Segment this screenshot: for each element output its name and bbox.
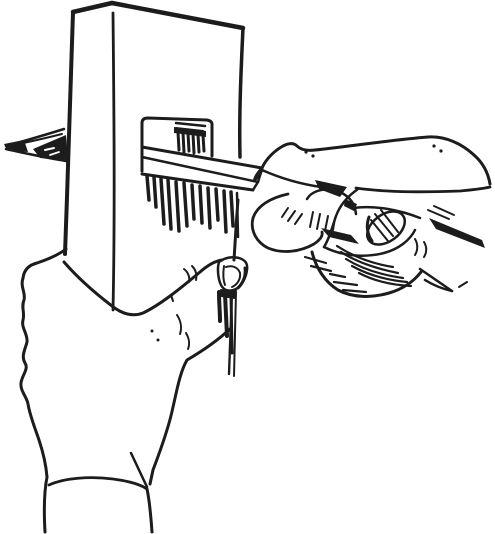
hatch-line [198, 134, 199, 152]
hatch-line [224, 191, 226, 232]
hatch-line [225, 294, 227, 336]
hatch-line [183, 133, 184, 152]
knuckle-dot [311, 154, 314, 157]
knuckle-dot [432, 144, 435, 147]
knuckle-dot [439, 149, 442, 152]
illustration-page [0, 0, 495, 534]
block-front-arris [113, 13, 114, 310]
hatch-line [193, 134, 194, 153]
hatch-line [188, 133, 189, 151]
skin-dot [157, 339, 160, 342]
engraving-canvas [0, 0, 495, 534]
hatch-line [147, 176, 149, 200]
hatch-line [231, 293, 232, 353]
hatch-line [208, 188, 210, 228]
hatch-line [200, 186, 202, 223]
hatch-line [216, 189, 218, 220]
hatch-line [192, 185, 194, 219]
hatch-line [154, 177, 156, 207]
hatch-line [219, 292, 220, 321]
hatch-line [178, 132, 179, 150]
hatch-line [237, 193, 238, 237]
hatch-line [203, 135, 204, 151]
skin-dot [151, 330, 154, 333]
woodworking-illustration [0, 0, 495, 534]
hatch-line [231, 192, 233, 226]
knuckle-dot [304, 150, 307, 153]
